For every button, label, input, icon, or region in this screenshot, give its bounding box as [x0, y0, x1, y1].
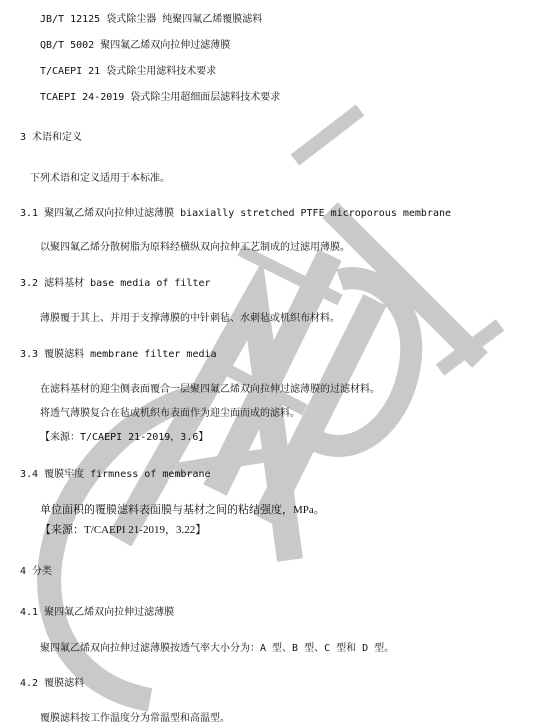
document-page: JB/T 12125 袋式除尘器 纯聚四氟乙烯覆膜滤料 QB/T 5002 聚四…	[0, 0, 546, 728]
term-3-3-note: 将透气薄膜复合在毡或机织布表面作为迎尘面而成的滤料。	[40, 407, 300, 421]
term-3-4-source: 【来源：T/CAEPI 21-2019，3.22】	[40, 523, 206, 537]
item-4-2-heading: 4.2 覆膜滤料	[20, 677, 84, 691]
term-3-3-heading: 3.3 覆膜滤料 membrane filter media	[20, 348, 217, 362]
item-4-1-body: 聚四氟乙烯双向拉伸过滤薄膜按透气率大小分为：A 型、B 型、C 型和 D 型。	[40, 642, 394, 656]
term-3-1-heading: 3.1 聚四氟乙烯双向拉伸过滤薄膜 biaxially stretched PT…	[20, 207, 451, 221]
term-3-2-heading: 3.2 滤料基材 base media of filter	[20, 277, 211, 291]
reference-tcaepi-21: T/CAEPI 21 袋式除尘用滤料技术要求	[40, 65, 216, 79]
term-3-3-source: 【来源：T/CAEPI 21-2019，3.6】	[40, 431, 208, 445]
reference-qbt-5002: QB/T 5002 聚四氟乙烯双向拉伸过滤薄膜	[40, 39, 230, 53]
item-4-1-heading: 4.1 聚四氟乙烯双向拉伸过滤薄膜	[20, 606, 174, 620]
section-4-heading: 4 分类	[20, 565, 52, 579]
term-3-2-definition: 薄膜覆于其上、并用于支撑薄膜的中针刺毡、水刺毡或机织布材料。	[40, 312, 340, 326]
item-4-2-body: 覆膜滤料按工作温度分为常温型和高温型。	[40, 712, 230, 726]
section-3-intro: 下列术语和定义适用于本标准。	[30, 172, 170, 186]
term-3-4-definition: 单位面积的覆膜滤料表面膜与基材之间的粘结强度，MPa。	[40, 503, 325, 517]
term-3-1-definition: 以聚四氟乙烯分散树脂为原料经横纵双向拉伸工艺制成的过滤用薄膜。	[40, 241, 350, 255]
reference-tcaepi-24: TCAEPI 24-2019 袋式除尘用超细面层滤料技术要求	[40, 91, 280, 105]
section-3-heading: 3 术语和定义	[20, 131, 82, 145]
term-3-4-heading: 3.4 覆膜牢度 firmness of membrane	[20, 468, 211, 482]
term-3-3-definition: 在滤料基材的迎尘侧表面覆合一层聚四氟乙烯双向拉伸过滤薄膜的过滤材料。	[40, 383, 380, 397]
reference-jbt-12125: JB/T 12125 袋式除尘器 纯聚四氟乙烯覆膜滤料	[40, 13, 262, 27]
